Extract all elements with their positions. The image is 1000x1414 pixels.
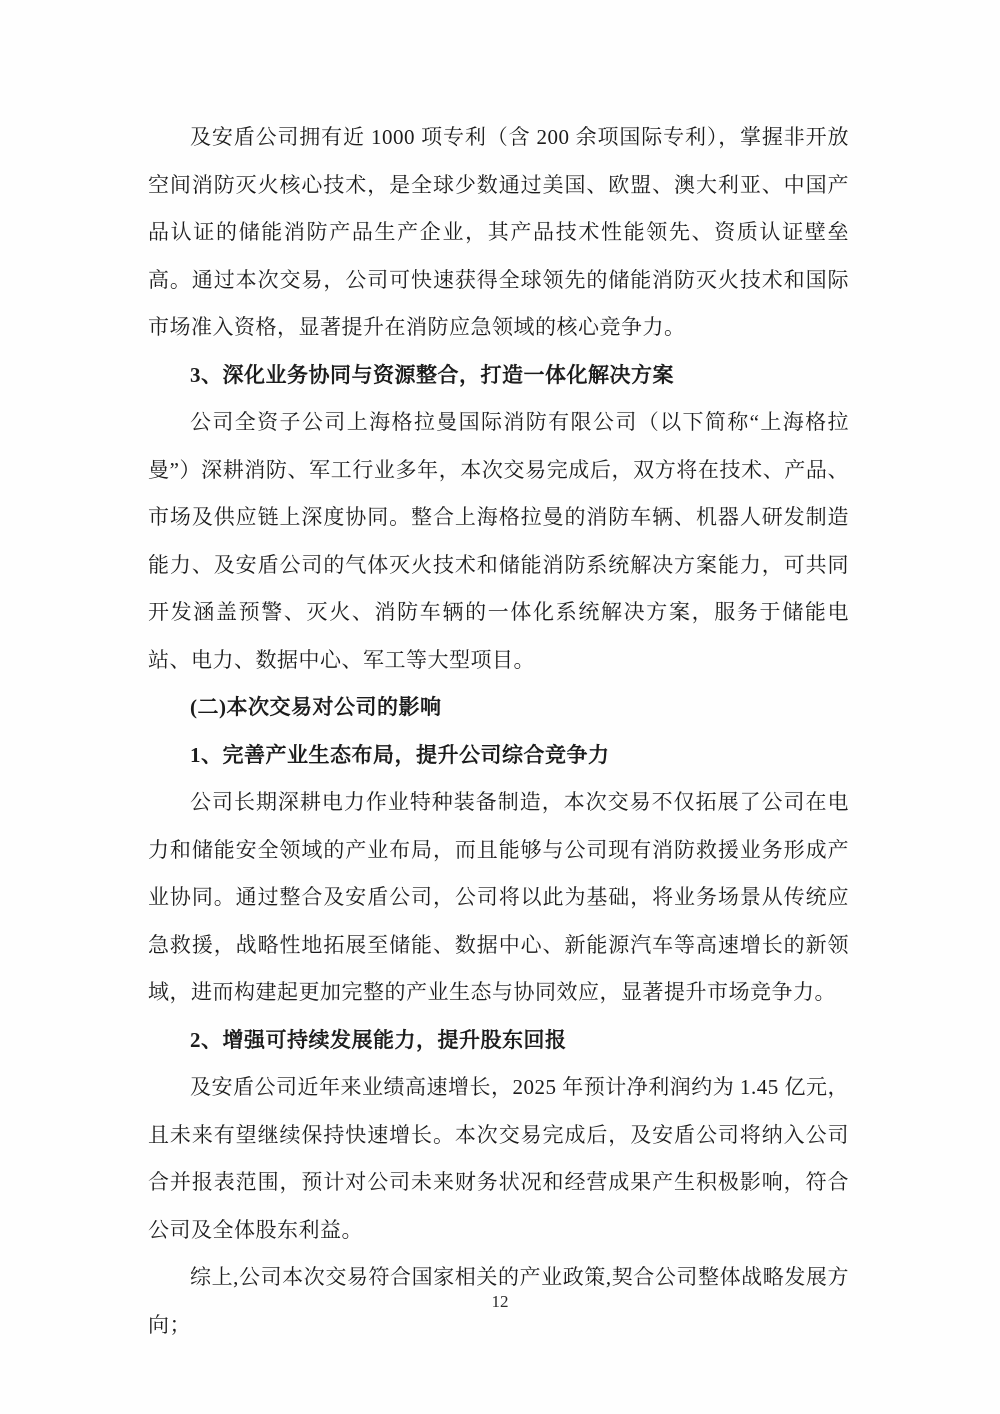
section-heading-2-sustainability: 2、增强可持续发展能力，提升股东回报: [148, 1017, 849, 1065]
section-heading-impact: (二)本次交易对公司的影响: [148, 684, 849, 732]
body-paragraph-profit: 及安盾公司近年来业绩高速增长，2025 年预计净利润约为 1.45 亿元，且未来…: [148, 1064, 849, 1254]
page-number: 12: [0, 1290, 1000, 1314]
body-paragraph-patents: 及安盾公司拥有近 1000 项专利（含 200 余项国际专利），掌握非开放空间消…: [148, 114, 849, 352]
body-paragraph-subsidiary: 公司全资子公司上海格拉曼国际消防有限公司（以下简称“上海格拉曼”）深耕消防、军工…: [148, 399, 849, 684]
section-heading-3-synergy: 3、深化业务协同与资源整合，打造一体化解决方案: [148, 352, 849, 400]
section-heading-1-ecosystem: 1、完善产业生态布局，提升公司综合竞争力: [148, 732, 849, 780]
page-content: 及安盾公司拥有近 1000 项专利（含 200 余项国际专利），掌握非开放空间消…: [148, 114, 849, 1349]
document-page: 及安盾公司拥有近 1000 项专利（含 200 余项国际专利），掌握非开放空间消…: [0, 0, 1000, 1414]
body-paragraph-layout: 公司长期深耕电力作业特种装备制造，本次交易不仅拓展了公司在电力和储能安全领域的产…: [148, 779, 849, 1017]
